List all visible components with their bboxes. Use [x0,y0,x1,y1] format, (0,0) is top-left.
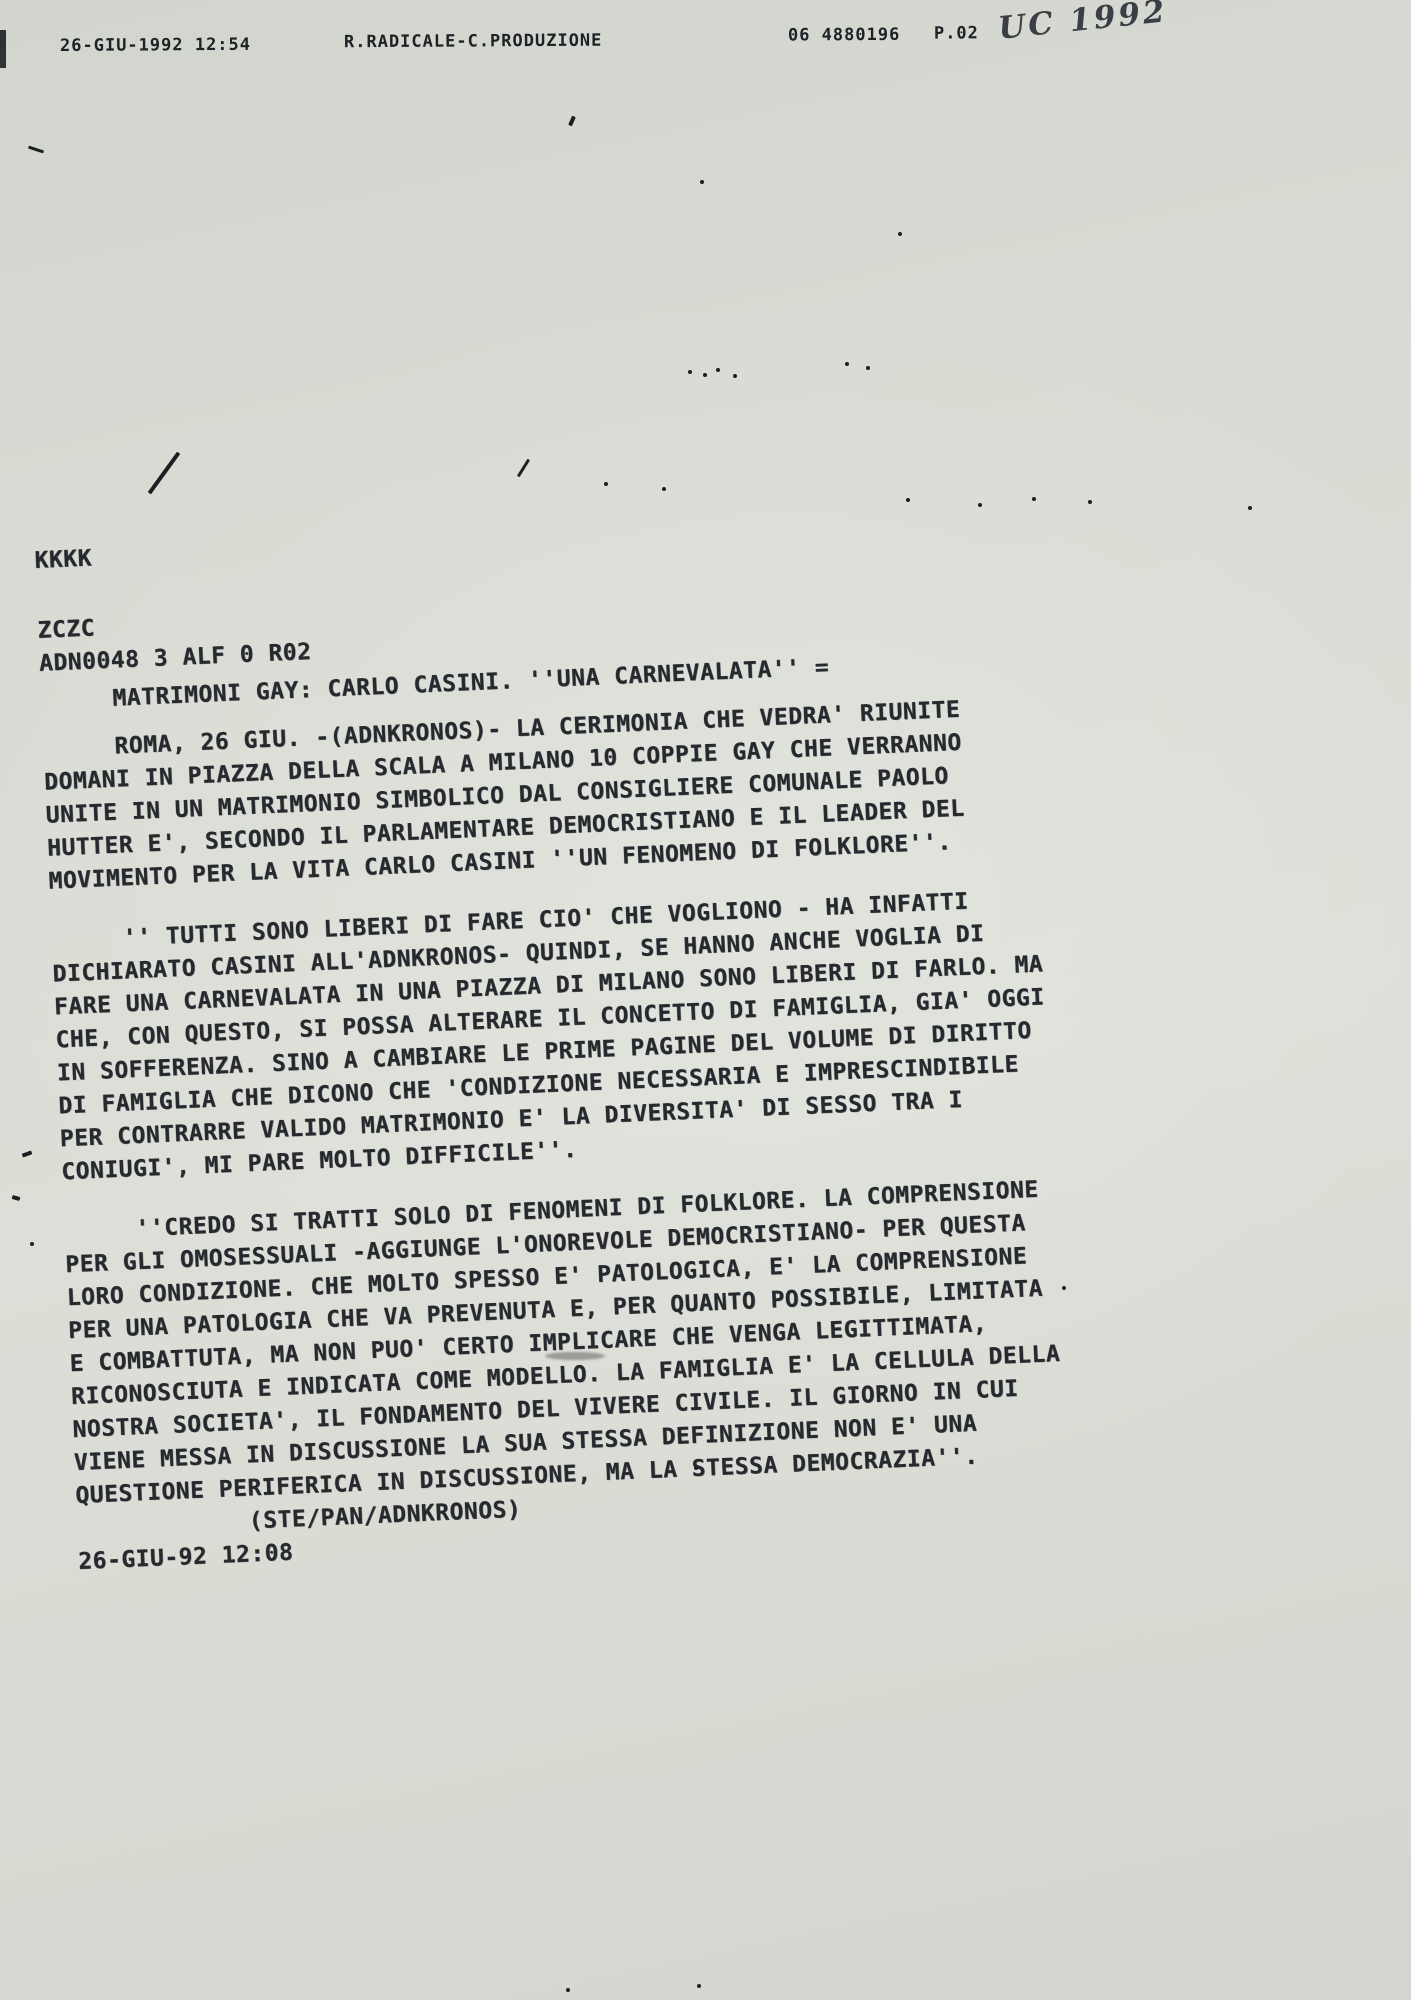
noise-speckle [703,373,707,377]
noise-speckle [898,232,902,236]
noise-speckle [1032,497,1036,501]
noise-speckle [30,1242,34,1246]
noise-speckle [866,366,870,370]
noise-speckle [604,482,608,486]
fax-number: 06 4880196 [788,25,900,46]
noise-speckle [697,1984,701,1988]
telex-service-code: KKKK [34,494,1194,578]
noise-speckle [28,146,44,154]
noise-speckle [566,1988,570,1992]
noise-speckle [733,374,737,378]
noise-speckle [694,1466,698,1470]
noise-speckle [845,362,849,366]
noise-speckle [662,487,666,491]
noise-speckle [568,116,576,127]
noise-speckle [1248,506,1252,510]
telex-body: KKKK ZCZC ADN0048 3 ALF 0 R02 MATRIMONI … [34,494,1238,1579]
noise-smudge [545,1352,605,1360]
article-paragraph: ''CREDO SI TRATTI SOLO DI FENOMENI DI FO… [63,1166,1235,1513]
noise-speckle [22,1150,33,1157]
noise-speckle [1062,1286,1066,1290]
noise-speckle [148,452,181,495]
noise-speckle [688,370,692,374]
noise-speckle [700,180,704,184]
article-paragraph: '' TUTTI SONO LIBERI DI FARE CIO' CHE VO… [51,875,1221,1189]
fax-page-number: P.02 [934,23,979,43]
noise-speckle [862,1290,866,1294]
fax-datetime: 26-GIU-1992 12:54 [60,35,251,56]
noise-speckle [1088,500,1092,504]
noise-speckle [906,498,910,502]
fax-document-page: 26-GIU-1992 12:54 R.RADICALE-C.PRODUZION… [0,0,1411,2000]
noise-speckle [517,459,530,478]
fax-sender: R.RADICALE-C.PRODUZIONE [344,31,603,53]
noise-speckle [978,503,982,507]
scan-edge-mark [0,30,6,68]
noise-speckle [12,1195,21,1201]
noise-speckle [716,368,720,372]
article-paragraph: ROMA, 26 GIU. -(ADNKRONOS)- LA CERIMONIA… [42,683,1208,898]
fax-transmission-header: 26-GIU-1992 12:54 R.RADICALE-C.PRODUZION… [0,28,1411,63]
